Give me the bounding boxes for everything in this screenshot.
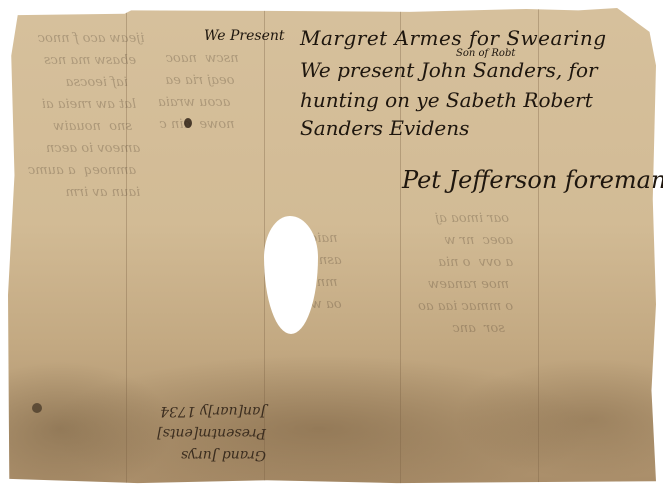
docket-note: Grand Jurys Presentm[ents] Jan[uar]y 173… — [146, 400, 266, 466]
bleed-through-text: ijeaw aco f nnoc ebasw ma ncs iaf ieocsa… — [28, 28, 144, 204]
bleed-through-text: oar imoa aj aoec nr w a ovv o nia moe ra… — [418, 208, 517, 340]
text-line-1: Margret Armes for Swearing — [300, 26, 607, 50]
manuscript-sheet: ijeaw aco f nnoc ebasw ma ncs iaf ieocsa… — [8, 8, 656, 486]
bleed-through-text: nscw naoc oeaj ria ea acou wraia nowe ai… — [158, 48, 239, 136]
ink-blot — [32, 403, 42, 413]
text-line-4: Sanders Evidens — [300, 116, 469, 140]
text-line-3: hunting on ye Sabeth Robert — [300, 88, 593, 112]
text-line-2: We present John Sanders, for — [300, 58, 598, 82]
docket-line-3: Jan[uar]y 1734 — [146, 400, 266, 422]
docket-line-2: Presentm[ents] — [146, 422, 266, 444]
prefix-text: We Present — [204, 28, 285, 44]
docket-line-1: Grand Jurys — [146, 444, 266, 466]
ink-blot — [184, 118, 192, 128]
signature: Pet Jefferson foreman — [402, 166, 663, 194]
